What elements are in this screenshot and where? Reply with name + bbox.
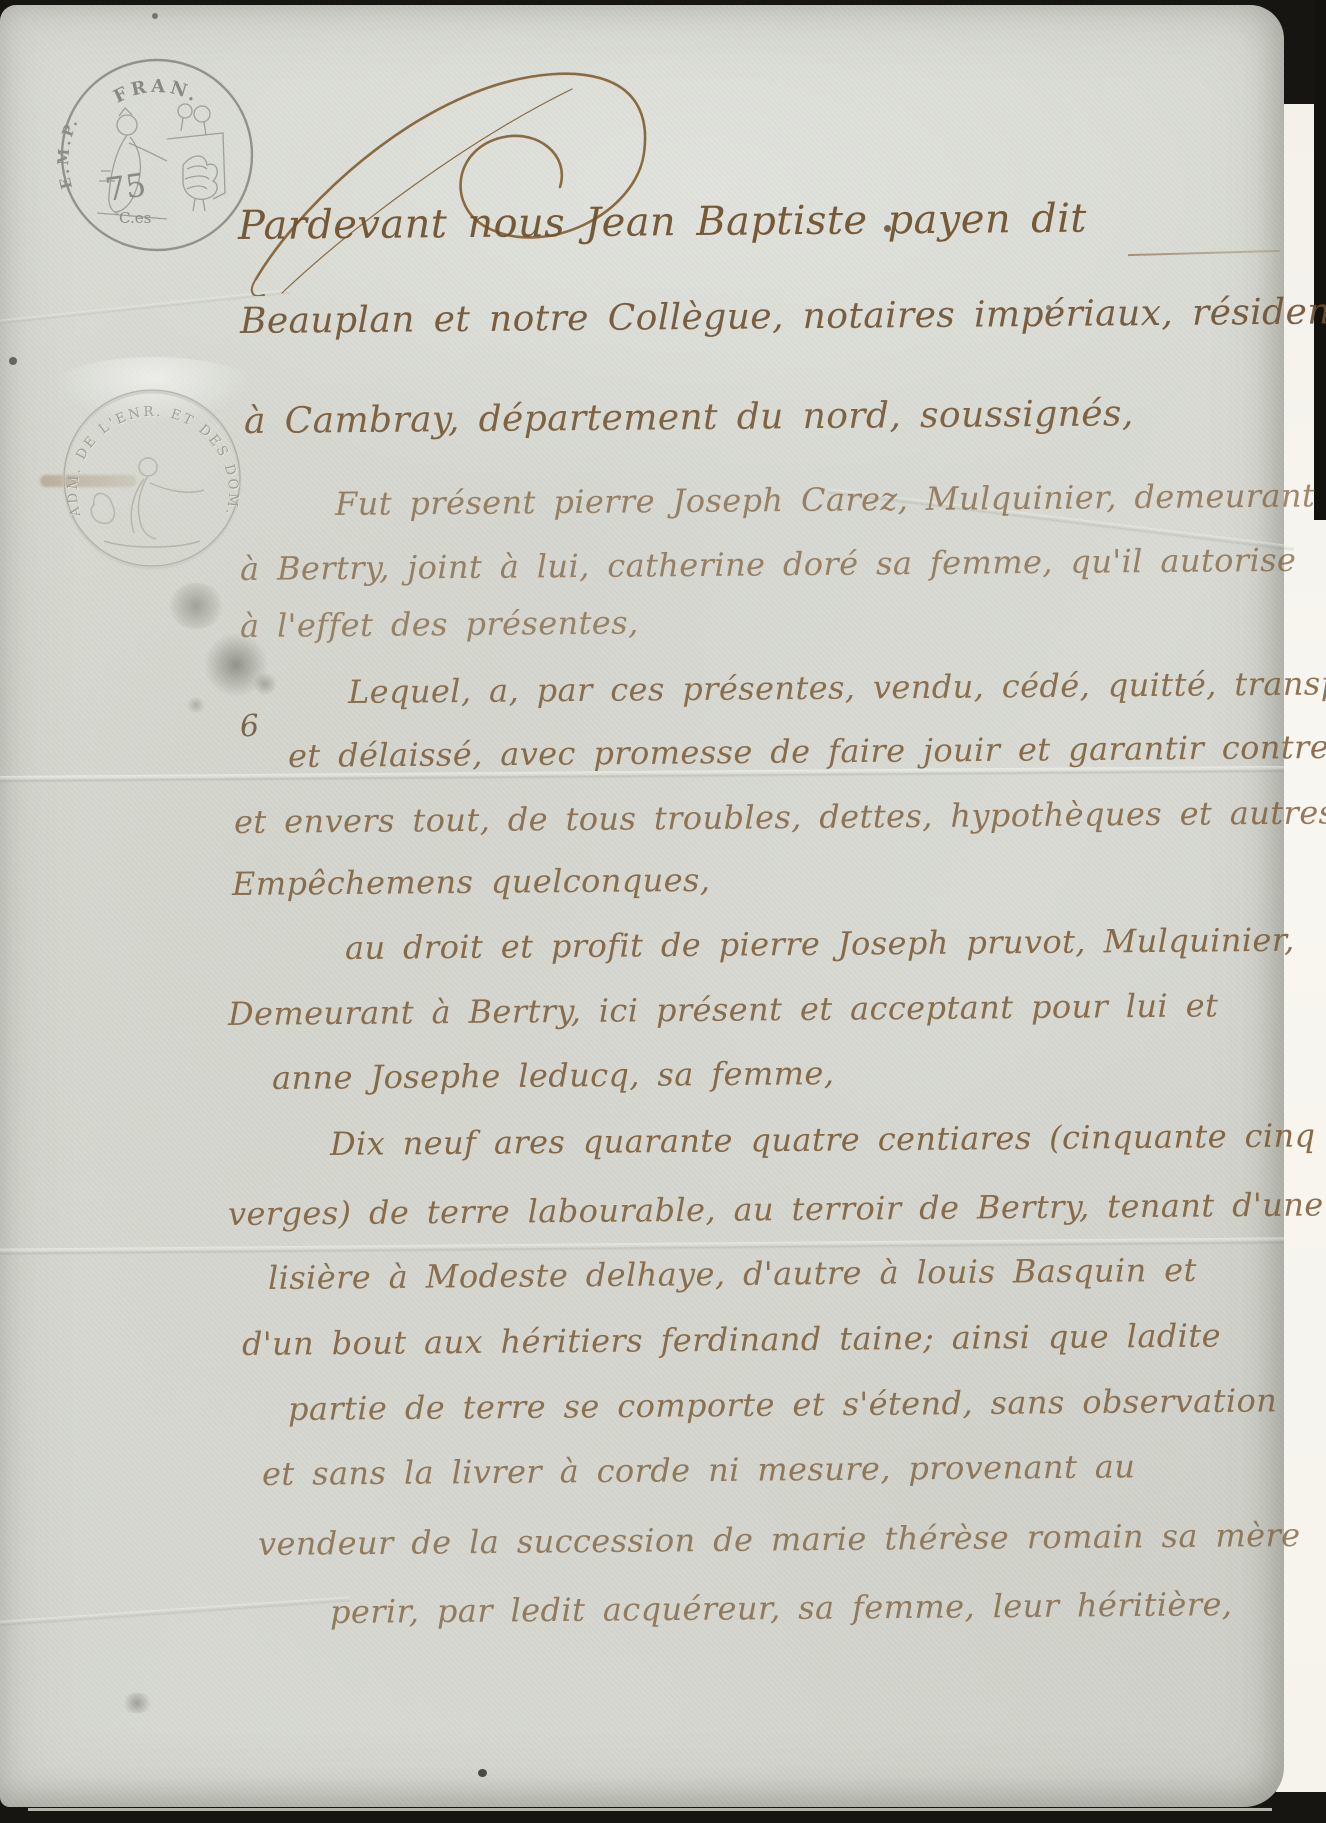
manuscript-line-3: à Cambray, département du nord, soussign… — [244, 393, 1134, 442]
imperial-eagle-figure — [183, 156, 217, 211]
ink-speck — [120, 1693, 154, 1713]
stamp-arc-left-label: E.M.P. — [55, 113, 83, 191]
manuscript-line-16: lisière à Modeste delhaye, d'autre à lou… — [268, 1251, 1197, 1297]
calligraphic-flourish — [238, 61, 668, 296]
emboss-arc-label-highlight: ADM. DE L'ENR. ET DES DOM. — [66, 405, 243, 521]
embossed-dry-seal-enregistrement: ADM. DE L'ENR. ET DES DOM. ADM. DE L'ENR… — [48, 371, 258, 586]
emboss-allegory-figure — [91, 458, 204, 547]
ink-speck — [152, 13, 158, 19]
manuscript-line-10: Empêchemens quelconques, — [232, 861, 711, 903]
document-paper: FRAN. E.M.P. 75 C.es — [0, 5, 1284, 1807]
paper-bottom-edge-highlight — [28, 1808, 1272, 1811]
revenue-stamp-empire-francais: FRAN. E.M.P. 75 C.es — [55, 53, 260, 258]
manuscript-line-1: Pardevant nous Jean Baptiste payen dit — [238, 196, 1087, 249]
svg-text:ADM. DE L'ENR. ET DES DOM.: ADM. DE L'ENR. ET DES DOM. — [66, 405, 243, 521]
stamp-arc-top-label: FRAN. — [110, 76, 204, 108]
margin-number: 6 — [239, 708, 260, 744]
emboss-arc-label: ADM. DE L'ENR. ET DES DOM. — [65, 404, 242, 520]
svg-text:ADM. DE L'ENR. ET DES DOM.: ADM. DE L'ENR. ET DES DOM. — [65, 404, 242, 520]
manuscript-line-19: et sans la livrer à corde ni mesure, pro… — [262, 1447, 1136, 1493]
ink-speck — [9, 357, 17, 365]
stamp-value: 75 — [103, 166, 149, 209]
svg-text:FRAN.: FRAN. — [110, 76, 204, 108]
ink-speck — [478, 1769, 487, 1777]
manuscript-line-6: à l'effet des présentes, — [240, 604, 639, 645]
manuscript-line-21: perir, par ledit acquéreur, sa femme, le… — [330, 1585, 1233, 1631]
scanner-dark-edge — [1314, 0, 1326, 520]
stamp-unit: C.es — [119, 209, 151, 227]
svg-text:E.M.P.: E.M.P. — [55, 113, 83, 191]
manuscript-line-13: anne Josephe leducq, sa femme, — [272, 1054, 835, 1097]
